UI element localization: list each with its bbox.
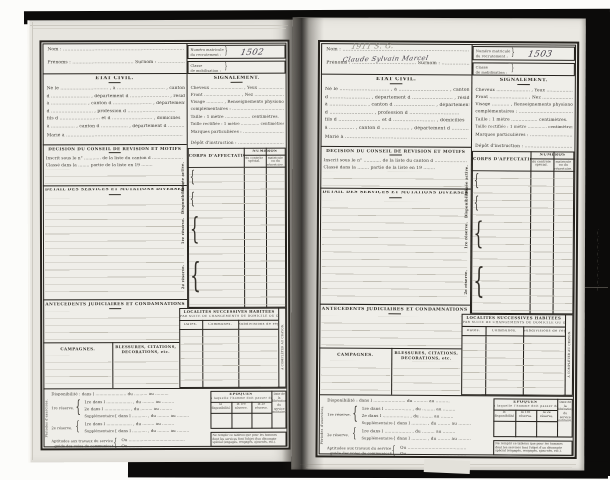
blessures-ruled-lines bbox=[393, 361, 460, 393]
periodes-side-label: Périodes d'exercices. bbox=[44, 390, 48, 446]
classe-label-2: de mobilisation : bbox=[191, 68, 221, 72]
marie-line: Marié à ................................… bbox=[325, 135, 469, 141]
epoques-date-col: Date de la libération du service militai… bbox=[558, 401, 572, 436]
antecedents-top-rule bbox=[320, 304, 470, 306]
numeros-subcol-1: du contrôle spécial. bbox=[531, 160, 552, 169]
reserve2-brace: { bbox=[75, 421, 79, 433]
supplementaires-line: { dans l ........... , du ......... au .… bbox=[114, 413, 206, 418]
aptitudes-ou-line: Ou .....................................… bbox=[122, 438, 207, 443]
etat-civil-line: Né le ................................ ,… bbox=[47, 86, 185, 92]
etat-civil-top-rule bbox=[43, 73, 187, 74]
epoques-subtitle: à laquelle l'homme doit passer dans : bbox=[493, 405, 557, 409]
localites-ruled-lines bbox=[180, 330, 277, 387]
antecedents-title: ANTÉCÉDENTS JUDICIAIRES ET CONDAMNATIONS bbox=[43, 302, 187, 307]
decision-top-rule bbox=[320, 146, 470, 148]
etat-civil-line: fils d ........................... et d … bbox=[47, 116, 185, 122]
detail-ruled-lines bbox=[45, 198, 184, 296]
etat-civil-line: d ............................ , profess… bbox=[325, 110, 469, 116]
localites-ruled-lines bbox=[462, 336, 564, 395]
matricule-label-1: Numéro matricule bbox=[476, 49, 511, 53]
decision-line: Classé dans la ........ partie de la lis… bbox=[46, 163, 185, 168]
corps-group-brace: { bbox=[189, 169, 194, 184]
blessures-ruled-lines bbox=[114, 355, 178, 386]
aptitudes-ou-line: Ou .....................................… bbox=[122, 444, 207, 449]
localites-title-2: PAR SUITE DE CHANGEMENTS DE DOMICILE OU … bbox=[463, 320, 565, 324]
aptitudes-line-1: Aptitudes aux travaux du service de bbox=[327, 446, 392, 451]
aptitudes-ou-line: Ou .....................................… bbox=[400, 452, 489, 457]
epoques-col-1: la disponibilité. bbox=[211, 403, 231, 413]
signalement-line: Front .......................... , Nez .… bbox=[191, 93, 284, 98]
epoques-note: Ne remplir ce tableau que pour les homme… bbox=[212, 434, 284, 446]
prenoms-line: Prénoms : ..............................… bbox=[48, 60, 185, 66]
page-edge-line bbox=[32, 28, 286, 29]
campagnes-title: CAMPAGNES. bbox=[319, 353, 391, 358]
reserve2-label: 2e réserve. bbox=[327, 433, 352, 437]
periodes-top-rule bbox=[319, 394, 573, 397]
signalement-line: Front .......................... , Nez .… bbox=[475, 95, 572, 101]
localites-col-communes: Communes. bbox=[486, 329, 524, 333]
classe-box: Classe de mobilisation : } bbox=[188, 61, 286, 74]
reserve2-line: 1re dans l ................... , du ....… bbox=[84, 422, 206, 427]
localites-col-dates: Dates. bbox=[179, 322, 202, 326]
classe-brace: } bbox=[225, 63, 228, 72]
antecedents-title: ANTÉCÉDENTS JUDICIAIRES ET CONDAMNATIONS bbox=[319, 307, 470, 313]
etat-civil-line: à ........................ , canton d ..… bbox=[325, 102, 469, 108]
etat-civil-line: d .......................... , départeme… bbox=[325, 95, 469, 101]
signalement-line: Taille : 1 mètre .................. cent… bbox=[475, 117, 572, 123]
detail-title: DÉTAIL DES SERVICES ET MUTATIONS DIVERSE… bbox=[43, 188, 187, 193]
numeros-subcol-2: matricule ou du répertoire. bbox=[266, 156, 285, 165]
localites-title-2: PAR SUITE DE CHANGEMENTS DE DOMICILE OU … bbox=[180, 314, 278, 318]
left-form-slot: Nom : ..................................… bbox=[39, 40, 290, 451]
decision-title-rule bbox=[109, 152, 121, 153]
reserve1-label: 1re réserve. bbox=[51, 406, 75, 410]
corps-row-label: 2e réserve. bbox=[181, 259, 185, 295]
antecedents-ruled-lines bbox=[45, 311, 179, 340]
corps-group-brace: { bbox=[473, 172, 478, 187]
localites-col-subdivisions: Subdivisions de région. bbox=[238, 322, 278, 326]
corps-group-brace: { bbox=[190, 260, 201, 292]
reserve1-line: 2e dans l ................... , du .....… bbox=[362, 413, 490, 419]
decision-title: DÉCISION DU CONSEIL DE RÉVISION ET MOTIF… bbox=[43, 146, 187, 151]
corps-col-header: CORPS D'AFFECTATION. bbox=[473, 157, 532, 162]
aptitudes-brace: { bbox=[392, 445, 396, 456]
epoques-title: ÉPOQUES bbox=[210, 392, 271, 396]
supplementaires-label: Supplémentaires bbox=[84, 429, 114, 433]
epoques-col-3: la 2e réserve. bbox=[537, 411, 557, 421]
signalement-title: SIGNALEMENT. bbox=[188, 76, 286, 81]
aptitudes-line-2: guide des voies de communication. bbox=[55, 444, 114, 448]
matricule-brace: } bbox=[511, 48, 514, 58]
classe-label-1: Classe bbox=[476, 65, 488, 69]
localites-col-subdivisions: Subdivisions de région. bbox=[523, 329, 565, 333]
signalement-title-rule bbox=[231, 82, 243, 83]
antecedents-title-rule bbox=[109, 308, 121, 309]
matricule-value: 1502 bbox=[240, 47, 265, 58]
etat-civil-top-rule bbox=[321, 74, 471, 76]
detail-top-rule bbox=[43, 185, 187, 186]
signalement-line: Cheveux ....................... , Yeux .… bbox=[191, 86, 284, 91]
scanned-register-photo: · — · — · — · — · — · — · — · — · — Nom … bbox=[0, 0, 610, 480]
corps-col-header: CORPS D'AFFECTATION. bbox=[189, 154, 245, 159]
supplementaires-label: Supplémentaires bbox=[362, 436, 393, 440]
matricule-box: Numéro matricule du recrutement : } 1503 bbox=[473, 46, 575, 61]
signalement-line: complémentaires : ......................… bbox=[191, 107, 284, 112]
decision-line: Inscrit sous le n° ............ de la li… bbox=[46, 156, 185, 161]
localites-col-communes: Communes. bbox=[202, 322, 238, 326]
supplementaires-line: { dans l ........... , du ......... au .… bbox=[393, 436, 489, 441]
nom-handwriting: 1911 S. G. bbox=[350, 42, 394, 51]
decision-line: Classé dans la ........ partie de la lis… bbox=[323, 165, 468, 171]
antecedents-ruled-lines bbox=[321, 316, 461, 346]
detail-title: DÉTAIL DES SERVICES ET MUTATIONS DIVERSE… bbox=[320, 191, 471, 197]
page-corner-tab bbox=[424, 459, 471, 474]
classe-label-1: Classe bbox=[191, 63, 203, 67]
etat-civil-line: à ................ , canton d ..........… bbox=[325, 125, 469, 131]
corps-row-label: 1re réserve. bbox=[464, 217, 468, 254]
reserve2-line: 1re dans l ................... , du ....… bbox=[362, 429, 490, 435]
blessures-title-2: DÉCORATIONS, etc. bbox=[391, 356, 461, 361]
epoques-col-2: la 1re réserve. bbox=[515, 411, 535, 421]
page-edge-line bbox=[32, 22, 33, 460]
matricule-form-page: Nom : ..................................… bbox=[39, 40, 290, 451]
reserve1-brace: { bbox=[352, 406, 358, 422]
etat-civil-line: d .......................... , départeme… bbox=[47, 93, 185, 99]
prenoms-handwriting: Claude Sylvain Marcel bbox=[342, 54, 429, 64]
corps-row-label: Disponibilité. bbox=[180, 181, 184, 217]
etat-civil-title: ÉTAT CIVIL. bbox=[43, 76, 187, 82]
classe-label-2: de mobilisation : bbox=[476, 70, 508, 74]
epoques-col-2: la 1re réserve. bbox=[231, 403, 251, 413]
campagnes-ruled-lines bbox=[45, 355, 111, 386]
matricule-value: 1503 bbox=[527, 49, 553, 60]
signalement-line: Marques particulières : ................… bbox=[191, 129, 284, 134]
localites-side-label: À COMPLÉTER AU CRAYON. bbox=[280, 312, 284, 382]
disponibilite-line: Disponibilité : dans l .................… bbox=[51, 392, 206, 397]
decision-title: DÉCISION DU CONSEIL DE RÉVISION ET MOTIF… bbox=[320, 148, 471, 154]
epoques-subtitle: à laquelle l'homme doit passer dans : bbox=[210, 397, 271, 400]
supplementaires-line: { dans l ........... , du ......... au .… bbox=[393, 421, 489, 426]
matricule-box: Numéro matricule du recrutement : } 1502 bbox=[187, 45, 285, 59]
campagnes-ruled-lines bbox=[321, 361, 390, 393]
reserve1-line: 1re dans l ................... , du ....… bbox=[84, 399, 206, 404]
aptitudes-line-1: Aptitudes aux travaux du service de bbox=[52, 439, 114, 443]
detail-title-rule bbox=[389, 197, 402, 198]
reserve2-label: 2e réserve. bbox=[51, 426, 75, 430]
right-form-slot: Nom : ..................................… bbox=[315, 40, 579, 459]
matricule-label-1: Numéro matricule bbox=[190, 47, 223, 51]
epoques-vline-2 bbox=[251, 401, 252, 429]
corps-group-brace: { bbox=[189, 191, 194, 206]
campagnes-title: CAMPAGNES. bbox=[43, 347, 112, 352]
matricule-label-2: du recrutement : bbox=[190, 52, 221, 56]
epoques-note-box: Ne remplir ce tableau que pour les homme… bbox=[210, 432, 286, 447]
etat-civil-title: ÉTAT CIVIL. bbox=[321, 77, 472, 84]
numeros-subcol-2: matricule ou du répertoire. bbox=[553, 160, 573, 169]
nom-line: Nom : ..................................… bbox=[326, 47, 469, 53]
epoques-header-bottom-rule bbox=[210, 413, 271, 414]
blessures-title-2: DÉCORATIONS, etc. bbox=[112, 349, 179, 353]
epoques-note: Ne remplir ce tableau que pour les homme… bbox=[495, 442, 570, 455]
etat-civil-title-rule bbox=[390, 83, 403, 84]
epoques-note-box: Ne remplir ce tableau que pour les homme… bbox=[493, 440, 573, 456]
corps-ruled-lines bbox=[189, 168, 285, 307]
localites-sliver-rule bbox=[278, 308, 279, 388]
epoques-date-col: Date de la libération du service militai… bbox=[272, 393, 286, 427]
detail-title-rule bbox=[109, 194, 121, 195]
page-edge-imprint: · — · — · — · — · — · — · — · — · — bbox=[596, 200, 600, 320]
corps-row-label: 2e réserve. bbox=[463, 264, 467, 301]
supplementaires-line: { dans l ........... , du ......... au .… bbox=[114, 429, 206, 434]
page-edge-line bbox=[30, 25, 288, 26]
localites-side-label: À COMPLÉTER AU CRAYON. bbox=[567, 318, 572, 389]
supplementaires-label: Supplémentaires bbox=[84, 414, 114, 418]
corps-group-brace: { bbox=[473, 195, 478, 210]
antecedents-title-rule bbox=[388, 313, 401, 314]
degre-instruction-line: Dépôt d'instruction : ..................… bbox=[191, 140, 284, 145]
etat-civil-line: à ................ , canton d ..........… bbox=[47, 123, 185, 129]
etat-civil-line: à ........................ , canton d ..… bbox=[47, 101, 185, 107]
signalement-line: Visage ............ , Renseignements phy… bbox=[475, 102, 572, 108]
reserve2-brace: { bbox=[352, 428, 356, 441]
decision-ruled-lines bbox=[322, 171, 468, 187]
nom-line: Nom : ..................................… bbox=[47, 47, 184, 53]
numeros-subcol-1: du contrôle spécial. bbox=[244, 156, 264, 165]
matricule-form-page: Nom : ..................................… bbox=[315, 40, 579, 459]
epoques-col-3: la 2e réserve. bbox=[252, 403, 271, 413]
signalement-line: complémentaires : ......................… bbox=[475, 109, 572, 115]
epoques-vline-2 bbox=[536, 409, 537, 437]
signalement-title: SIGNALEMENT. bbox=[472, 78, 574, 84]
matricule-label-2: du recrutement : bbox=[476, 54, 508, 58]
aptitudes-ou-line: Ou .....................................… bbox=[400, 446, 489, 451]
supplementaires-label: Supplémentaires bbox=[362, 420, 393, 424]
antecedents-top-rule bbox=[43, 299, 187, 300]
decision-ruled-lines bbox=[45, 169, 185, 184]
corps-group-brace: { bbox=[473, 220, 483, 249]
classe-box: Classe de mobilisation : } bbox=[472, 62, 574, 76]
detail-top-rule bbox=[320, 188, 470, 190]
etat-civil-line: d ............................ , profess… bbox=[47, 108, 185, 114]
decision-title-rule bbox=[389, 154, 402, 155]
signalement-line: Cheveux ....................... , Yeux .… bbox=[475, 88, 572, 94]
signalement-title-rule bbox=[517, 84, 530, 85]
signalement-line: Marques particulières : ................… bbox=[475, 132, 572, 138]
periodes-top-rule bbox=[43, 388, 286, 390]
periodes-side-label: Périodes d'exercices. bbox=[320, 396, 325, 453]
corps-group-brace: { bbox=[189, 216, 199, 245]
aptitudes-brace: { bbox=[114, 438, 118, 448]
detail-ruled-lines bbox=[322, 201, 468, 302]
signalement-line: Taille rectifiée : 1 mètre .............… bbox=[191, 122, 284, 127]
signalement-line: Visage ............ , Renseignements phy… bbox=[191, 100, 284, 105]
degre-instruction-line: Dépôt d'instruction : ..................… bbox=[475, 143, 572, 149]
etat-civil-line: Né le ................................ ,… bbox=[325, 87, 469, 93]
etat-civil-line: fils d ........................... et d … bbox=[325, 117, 469, 123]
epoques-vline-1 bbox=[515, 409, 516, 437]
corps-group-brace: { bbox=[473, 265, 485, 298]
matricule-brace: } bbox=[224, 47, 227, 57]
localites-col-dates: Dates. bbox=[461, 328, 485, 332]
corps-row-label: Disponibilité. bbox=[464, 184, 468, 221]
epoques-col-1: la disponibilité. bbox=[494, 411, 514, 421]
etat-civil-title-rule bbox=[109, 82, 121, 83]
aptitudes-line-2: guide des voies de communication. bbox=[330, 451, 392, 456]
reserve1-line: 2e dans l ................... , du .....… bbox=[84, 406, 206, 411]
marie-line: Marié à ................................… bbox=[47, 133, 185, 139]
reserve1-label: 1re réserve. bbox=[327, 413, 352, 417]
campagnes-top-rule bbox=[43, 342, 179, 343]
decision-top-rule bbox=[43, 144, 187, 145]
reserve1-line: 1re dans l ................... , du ....… bbox=[362, 406, 490, 412]
signalement-line: Taille : 1 mètre .................. cent… bbox=[191, 115, 284, 120]
classe-brace: } bbox=[511, 65, 514, 74]
signalement-line: Taille rectifiée : 1 mètre .............… bbox=[475, 124, 572, 129]
corps-row-label: 1re réserve. bbox=[180, 213, 184, 249]
decision-line: Inscrit sous le n° ............ de la li… bbox=[324, 158, 469, 164]
campagnes-top-rule bbox=[319, 347, 461, 349]
reserve1-brace: { bbox=[75, 399, 80, 415]
epoques-vline-1 bbox=[231, 401, 232, 429]
corps-ruled-lines bbox=[472, 171, 573, 313]
